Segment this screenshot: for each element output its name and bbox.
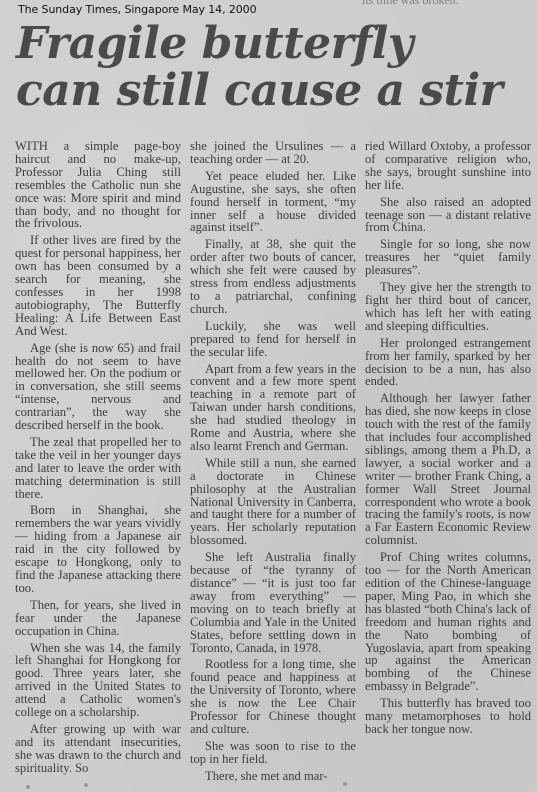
paragraph: She also raised an adopted teenage son —… [365, 196, 531, 235]
paragraph: Single for so long, she now treasures he… [365, 238, 531, 277]
paragraph: While still a nun, she earned a doctorat… [190, 457, 356, 547]
paragraph: She left Australia finally because of “t… [190, 551, 356, 654]
headline-line-2: can still cause a stir [16, 65, 502, 116]
paragraph: Although her lawyer father has died, she… [365, 392, 531, 547]
paragraph: WITH a simple page-boy haircut and no ma… [15, 140, 181, 230]
paragraph: After growing up with war and its attend… [15, 723, 181, 775]
paragraph: Prof Ching writes columns, too — for the… [365, 551, 531, 693]
column-3: ried Willard Oxtoby, a professor of comp… [365, 140, 531, 787]
paragraph: Finally, at 38, she quit the order after… [190, 238, 356, 315]
column-2: she joined the Ursulines — a teaching or… [190, 140, 356, 787]
source-caption: The Sunday Times, Singapore May 14, 2000 [18, 3, 256, 16]
paragraph: There, she met and mar- [190, 770, 356, 783]
headline-line-1: Fragile butterfly [16, 18, 413, 69]
paper-speck [343, 782, 347, 786]
paragraph: If other lives are fired by the quest fo… [15, 234, 181, 337]
paragraph: She was soon to rise to the top in her f… [190, 740, 356, 766]
paper-speck [26, 785, 30, 789]
newspaper-clipping: its time was broken. The Sunday Times, S… [0, 0, 537, 792]
paragraph: Born in Shanghai, she remembers the war … [15, 504, 181, 594]
paragraph: They give her the strength to fight her … [365, 281, 531, 333]
previous-article-fragment: its time was broken. [362, 0, 459, 8]
paragraph: Apart from a few years in the convent an… [190, 363, 356, 453]
paragraph: Rootless for a long time, she found peac… [190, 658, 356, 735]
paragraph: Luckily, she was well prepared to fend f… [190, 320, 356, 359]
paragraph: When she was 14, the family left Shangha… [15, 642, 181, 719]
paragraph: Her prolonged estrangement from her fami… [365, 337, 531, 389]
column-1: WITH a simple page-boy haircut and no ma… [15, 140, 181, 787]
paragraph: This butterfly has braved too many metam… [365, 697, 531, 736]
paragraph: Then, for years, she lived in fear under… [15, 599, 181, 638]
article-body: WITH a simple page-boy haircut and no ma… [15, 140, 531, 787]
paragraph: Age (she is now 65) and frail health do … [15, 342, 181, 432]
paragraph: she joined the Ursulines — a teaching or… [190, 140, 356, 166]
paragraph: The zeal that propelled her to take the … [15, 436, 181, 501]
paragraph: ried Willard Oxtoby, a professor of comp… [365, 140, 531, 192]
paragraph: Yet peace eluded her. Like Augustine, sh… [190, 170, 356, 235]
headline: Fragile butterfly can still cause a stir [16, 20, 526, 114]
paper-speck [84, 783, 88, 787]
